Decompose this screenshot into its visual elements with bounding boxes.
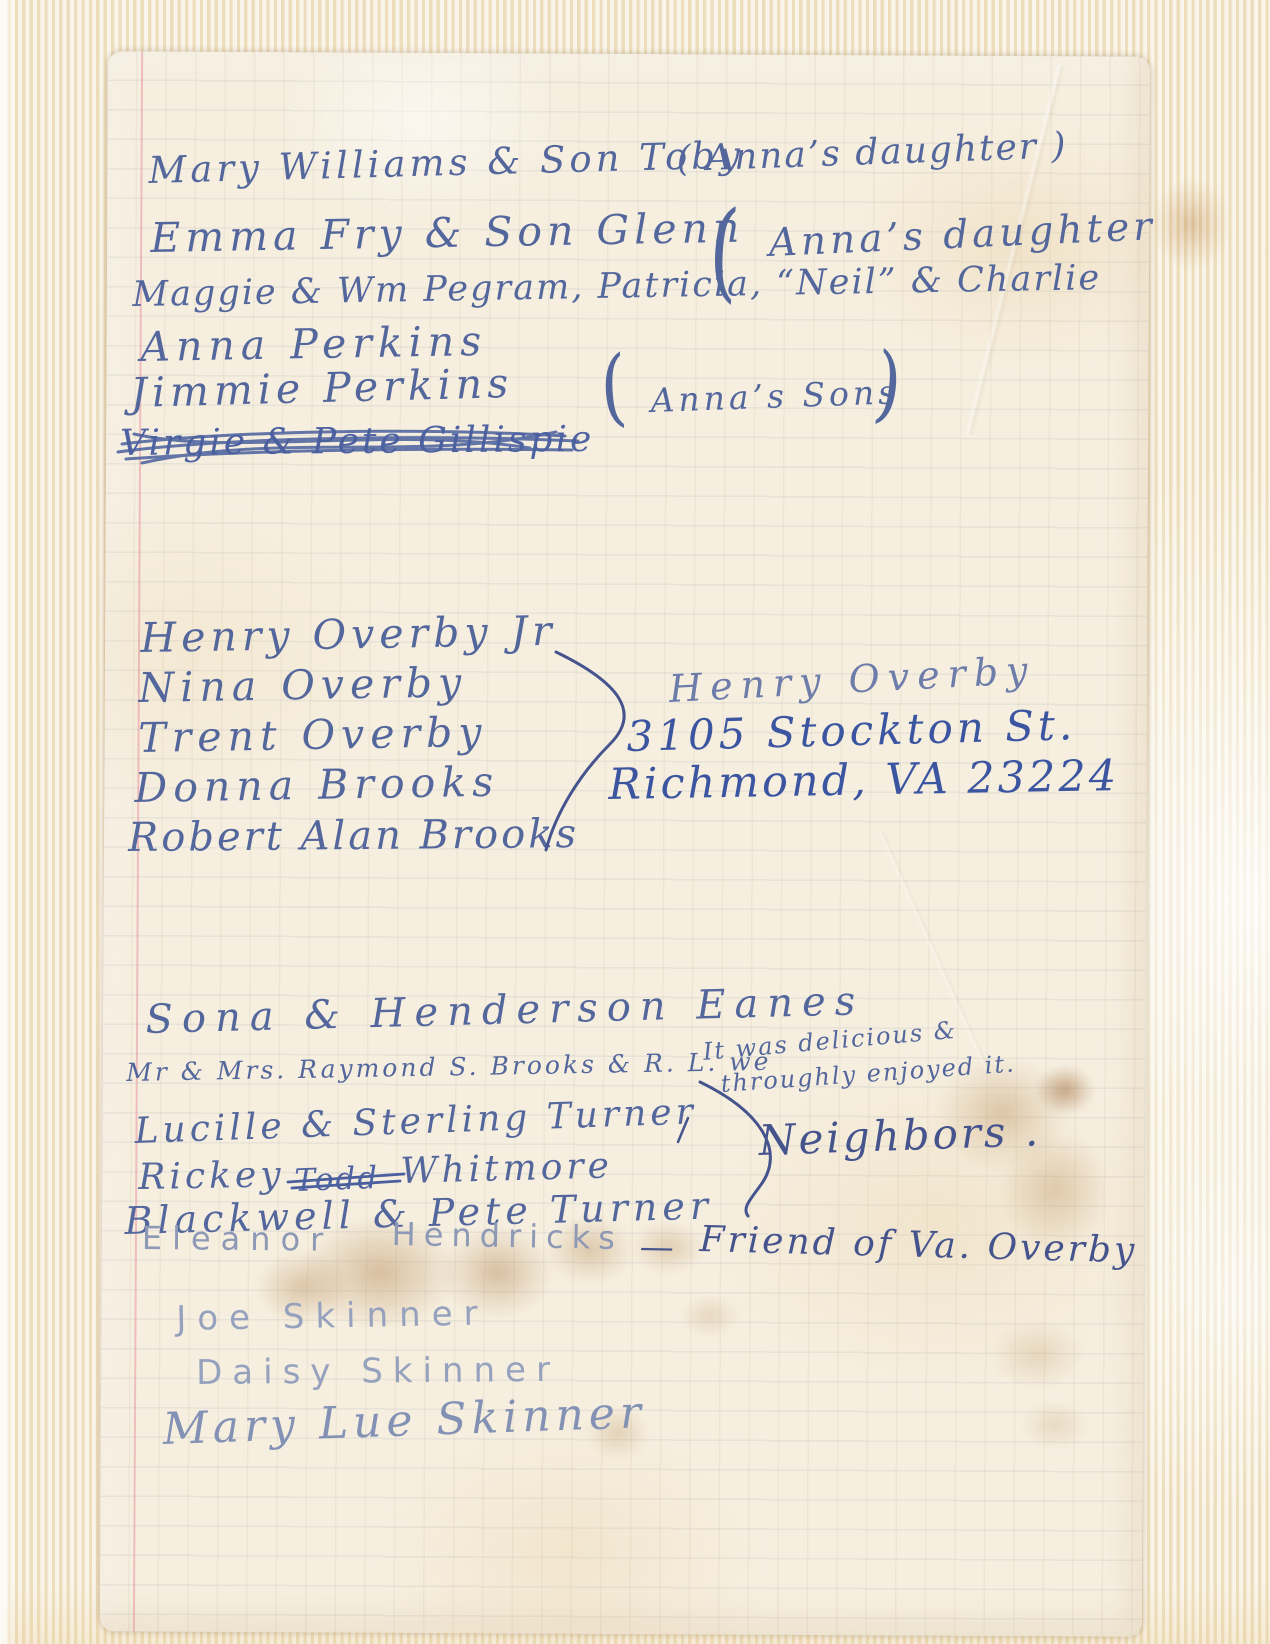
address-city-state-zip: Richmond, VA 23224	[608, 755, 1119, 807]
entry-jimmie-perkins-note: Anna’s Sons	[650, 375, 900, 417]
entry-emma-fry: Emma Fry & Son Glenn	[150, 208, 745, 259]
entry-whitmore: Whitmore	[400, 1148, 613, 1190]
entry-crossed-out-gillispie: Virgie & Pete Gillispie	[120, 422, 594, 462]
address-street: 3105 Stockton St.	[626, 704, 1077, 758]
stain-blotch	[1152, 178, 1230, 270]
dash-connector: —	[639, 1230, 674, 1265]
open-paren: (	[598, 344, 629, 430]
entry-robert-alan-brooks: Robert Alan Brooks	[128, 814, 579, 858]
entry-donna-brooks: Donna Brooks	[134, 762, 499, 809]
label-neighbors: Neighbors .	[758, 1110, 1042, 1162]
entry-jimmie-perkins: Jimmie Perkins	[130, 363, 514, 414]
entry-nina-overby: Nina Overby	[138, 662, 468, 709]
entry-trent-overby: Trent Overby	[138, 712, 488, 759]
entry-joe-skinner: Joe Skinner	[176, 1297, 489, 1336]
scanned-album-page: Mary Williams & Son Toby ( Anna’s daught…	[0, 0, 1270, 1644]
entry-hendricks: Hendricks	[391, 1218, 623, 1254]
entry-eleanor: Eleanor	[142, 1222, 334, 1256]
entry-daisy-skinner: Daisy Skinner	[196, 1353, 560, 1390]
entry-rickey: Rickey	[138, 1157, 285, 1196]
entry-henry-overby-jr: Henry Overby Jr	[140, 611, 557, 659]
